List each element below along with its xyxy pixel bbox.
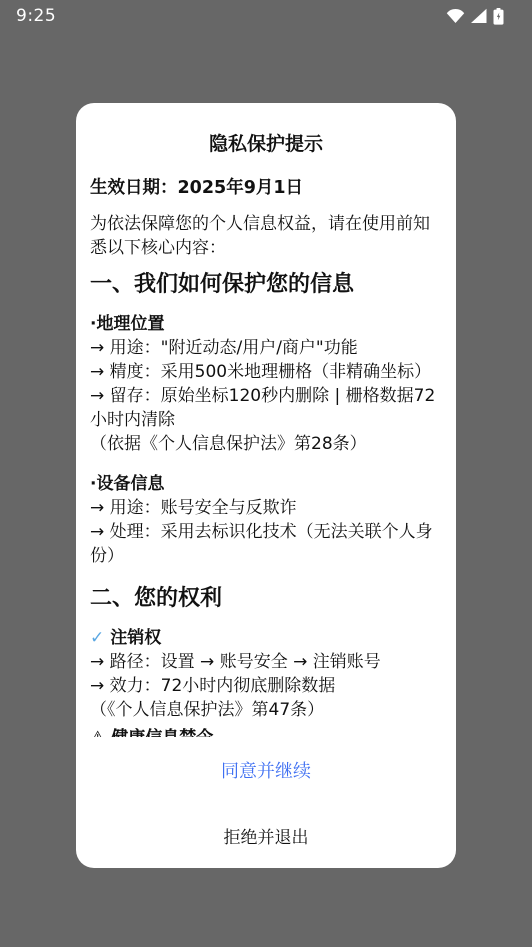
policy-line: → 效力：72小时内彻底删除数据 (90, 674, 442, 698)
cancellation-right-title-text: 注销权 (110, 628, 161, 648)
reject-exit-button[interactable]: 拒绝并退出 (214, 821, 319, 850)
agree-continue-button[interactable]: 同意并继续 (211, 755, 321, 785)
status-bar: 9:25 (0, 0, 532, 32)
wifi-icon (446, 8, 465, 24)
effective-date: 生效日期：2025年9月1日 (90, 176, 442, 200)
geo-location-title: ·地理位置 (90, 312, 442, 336)
device-info-title: ·设备信息 (90, 472, 442, 496)
geo-location-block: ·地理位置 → 用途："附近动态/用户/商户"功能 → 精度：采用500米地理栅… (90, 312, 442, 456)
privacy-dialog: 隐私保护提示 生效日期：2025年9月1日 为依法保障您的个人信息权益，请在使用… (76, 103, 456, 868)
policy-line: （《个人信息保护法》第47条） (90, 698, 442, 722)
device-info-title-text: 设备信息 (96, 474, 164, 494)
status-time: 9:25 (16, 6, 56, 26)
warning-icon: ⚠ (90, 728, 105, 737)
battery-icon (493, 8, 504, 25)
android-screen: { "status_bar": { "time": "9:25" }, "dia… (0, 0, 532, 947)
cancellation-right-title: ✓注销权 (90, 626, 442, 650)
dialog-title: 隐私保护提示 (90, 133, 442, 155)
policy-line: （依据《个人信息保护法》第28条） (90, 432, 442, 456)
dialog-button-area: 同意并继续 拒绝并退出 (90, 737, 442, 850)
health-info-title-text: 健康信息禁令 (111, 728, 213, 737)
policy-line: → 路径：设置 → 账号安全 → 注销账号 (90, 650, 442, 674)
health-info-block: ⚠健康信息禁令 (90, 726, 442, 737)
check-icon: ✓ (90, 628, 104, 648)
health-info-title: ⚠健康信息禁令 (90, 726, 442, 737)
device-info-block: ·设备信息 → 用途：账号安全与反欺诈 → 处理：采用去标识化技术（无法关联个人… (90, 472, 442, 568)
cellular-signal-icon (470, 8, 488, 24)
section-heading-how: 一、我们如何保护您的信息 (90, 270, 442, 300)
section-heading-rights: 二、您的权利 (90, 584, 442, 614)
policy-line: → 精度：采用500米地理栅格（非精确坐标） (90, 360, 442, 384)
policy-line: → 留存：原始坐标120秒内删除 | 栅格数据72小时内清除 (90, 384, 442, 432)
policy-line: → 用途："附近动态/用户/商户"功能 (90, 336, 442, 360)
geo-location-title-text: 地理位置 (96, 314, 164, 334)
status-icon-group (446, 8, 518, 25)
cancellation-right-block: ✓注销权 → 路径：设置 → 账号安全 → 注销账号 → 效力：72小时内彻底删… (90, 626, 442, 722)
intro-paragraph: 为依法保障您的个人信息权益，请在使用前知悉以下核心内容： (90, 212, 442, 260)
policy-line: → 处理：采用去标识化技术（无法关联个人身份） (90, 520, 442, 568)
policy-scroll-area[interactable]: 生效日期：2025年9月1日 为依法保障您的个人信息权益，请在使用前知悉以下核心… (90, 176, 442, 737)
policy-line: → 用途：账号安全与反欺诈 (90, 496, 442, 520)
